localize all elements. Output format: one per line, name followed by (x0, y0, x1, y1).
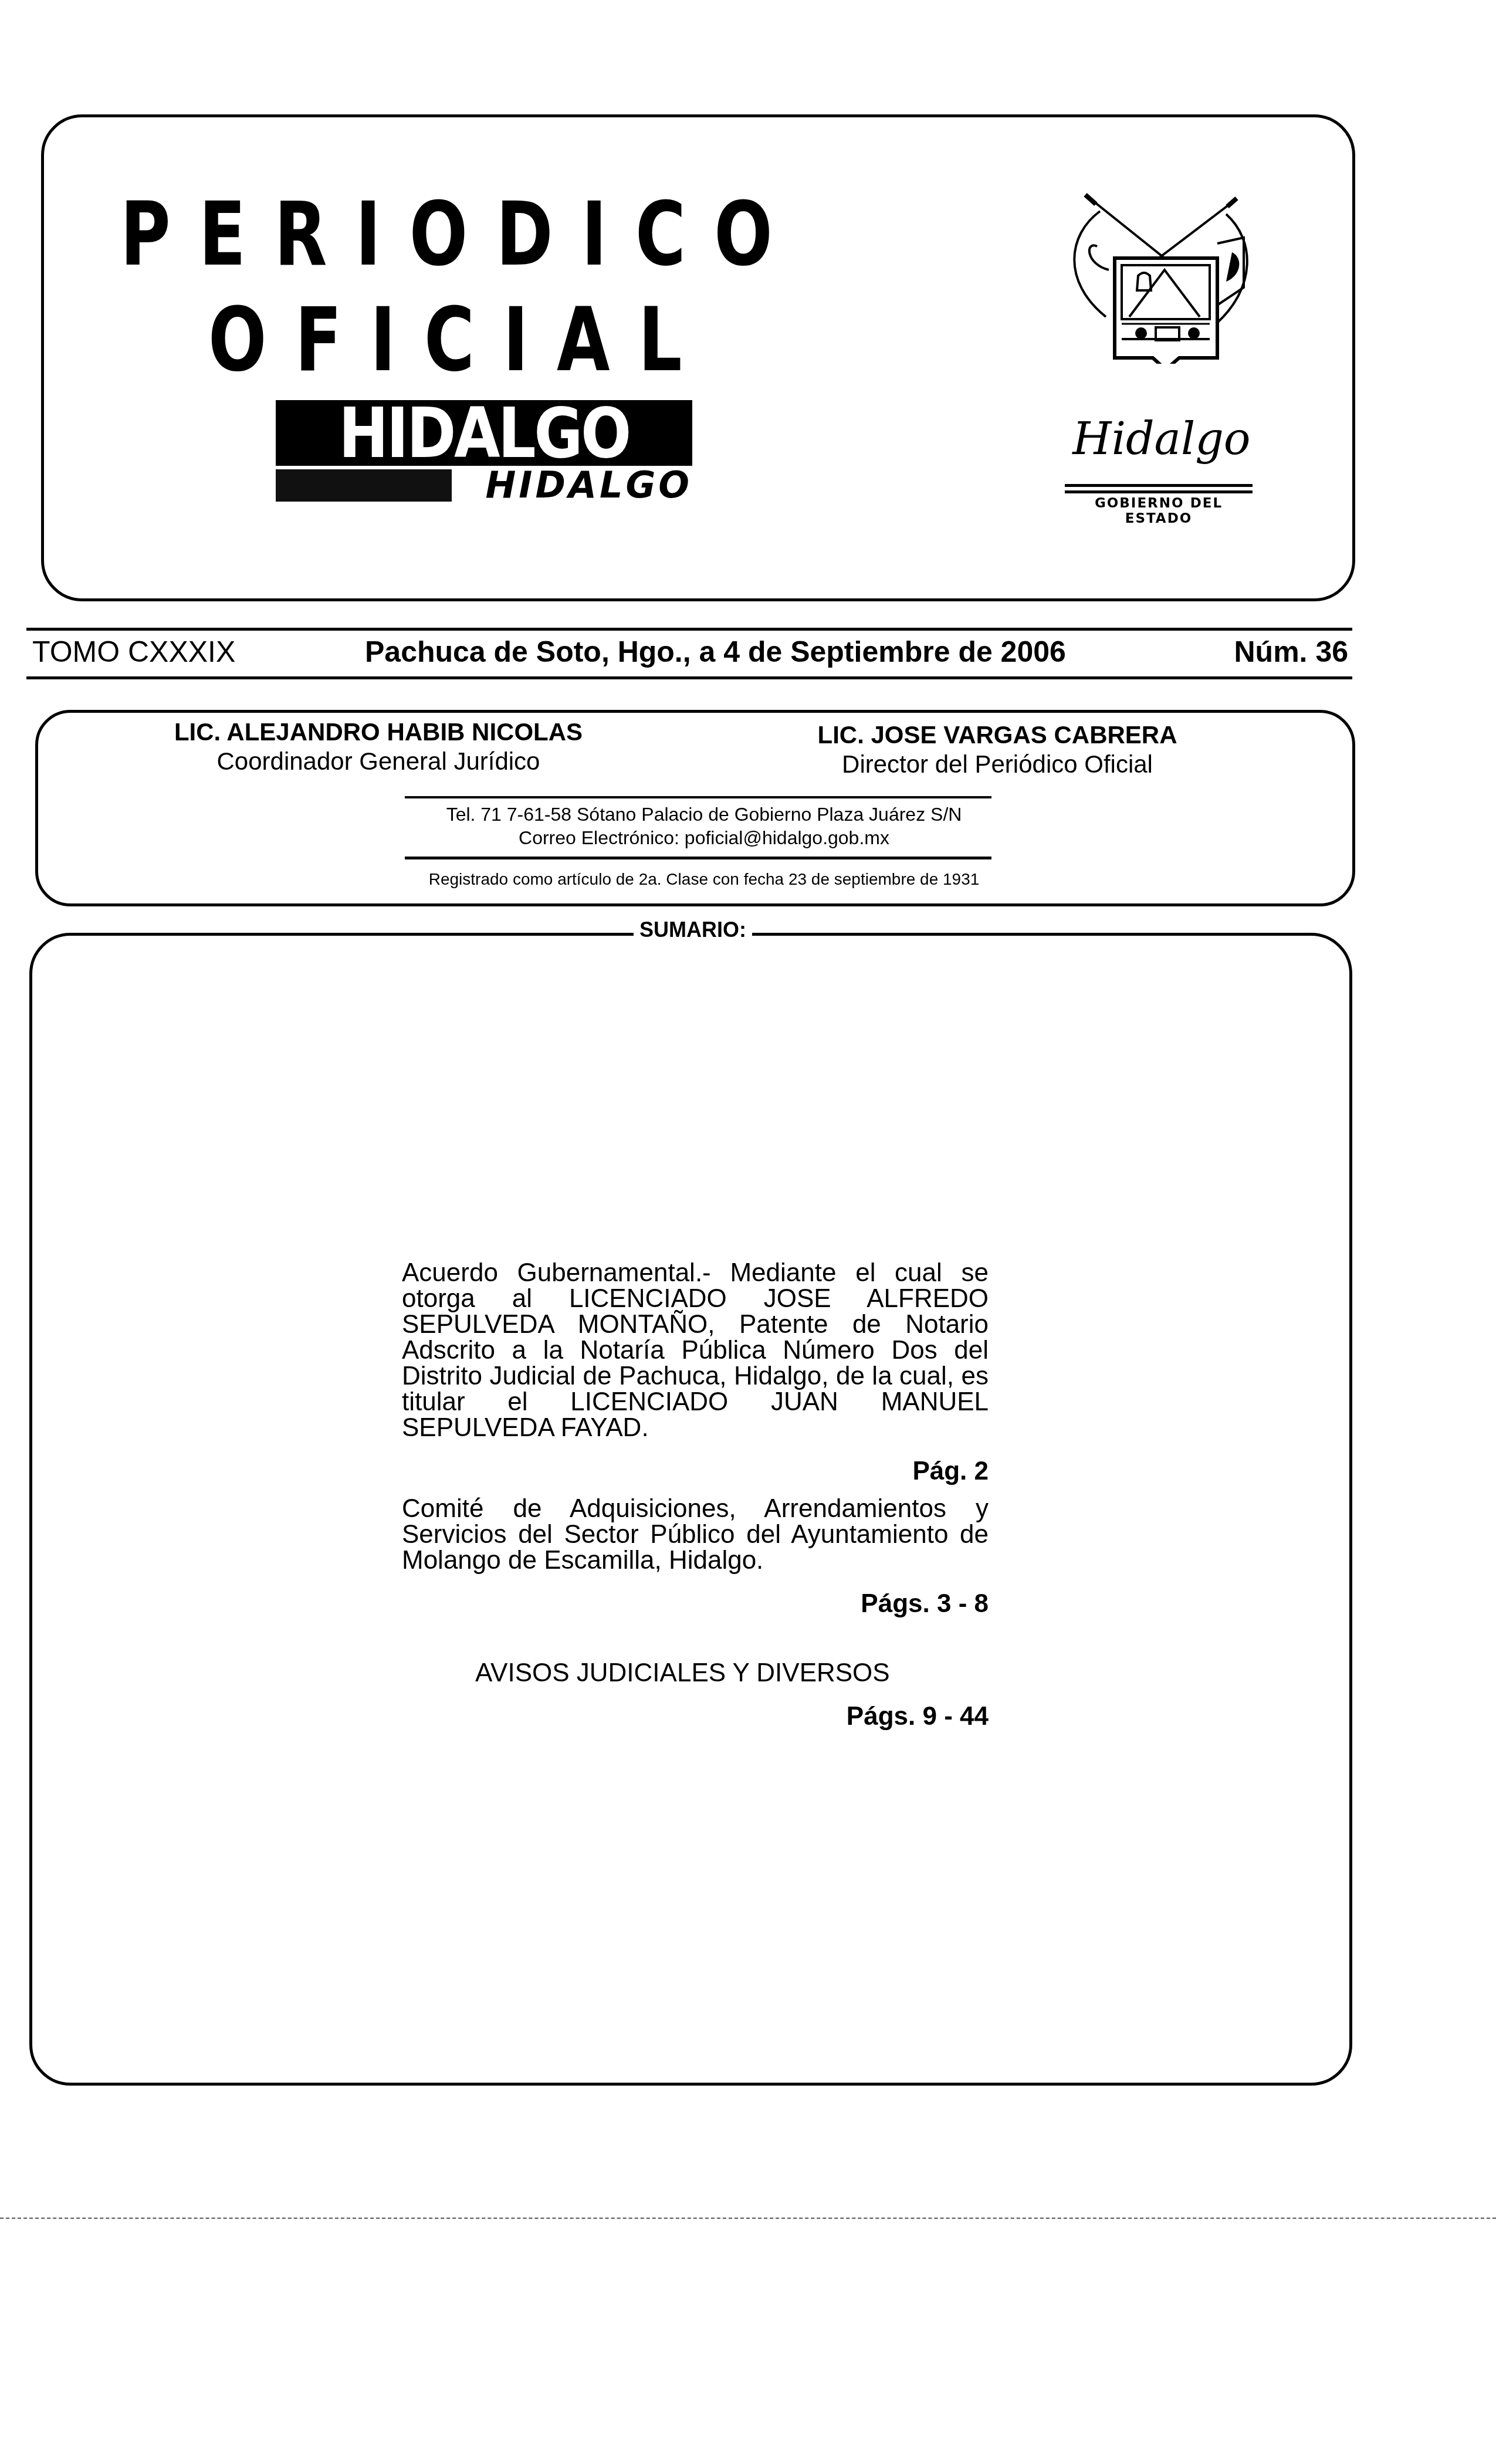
official-name: LIC. JOSE VARGAS CABRERA (786, 720, 1209, 750)
title-line-2: OFICIAL (208, 296, 710, 384)
logo-bar (276, 469, 452, 502)
official-coordinator: LIC. ALEJANDRO HABIB NICOLAS Coordinador… (153, 717, 604, 776)
summary-description: Acuerdo Gubernamental.- Mediante el cual… (402, 1260, 989, 1441)
crest-rules (1065, 484, 1253, 497)
summary-pages: Pág. 2 (402, 1458, 989, 1484)
contact-address: Tel. 71 7-61-58 Sótano Palacio de Gobier… (381, 803, 1027, 826)
crest-script-text: Hidalgo (1062, 417, 1261, 461)
issue-tomo: TOMO CXXXIX (32, 637, 235, 666)
logo-sub-text: HIDALGO (452, 467, 692, 503)
state-coat-of-arms-icon (1050, 188, 1273, 364)
summary-pages: Págs. 3 - 8 (402, 1591, 989, 1617)
summary-section-title: AVISOS JUDICIALES Y DIVERSOS (402, 1660, 989, 1686)
issue-place-date: Pachuca de Soto, Hgo., a 4 de Septiembre… (365, 637, 1066, 666)
registration-note: Registrado como artículo de 2a. Clase co… (381, 869, 1027, 889)
issue-rule-bottom (26, 676, 1352, 679)
logo-main-text: HIDALGO (339, 398, 629, 468)
summary-description: Comité de Adquisiciones, Arrendamientos … (402, 1496, 989, 1573)
summary-item: AVISOS JUDICIALES Y DIVERSOS Págs. 9 - 4… (402, 1660, 989, 1729)
issue-rule-top (26, 628, 1352, 631)
official-name: LIC. ALEJANDRO HABIB NICOLAS (153, 717, 604, 747)
official-director: LIC. JOSE VARGAS CABRERA Director del Pe… (786, 720, 1209, 779)
contact-rule-bottom (405, 857, 991, 859)
title-line-1: PERIODICO (120, 191, 801, 279)
summary-item: Acuerdo Gubernamental.- Mediante el cual… (402, 1260, 989, 1484)
masthead: PERIODICO OFICIAL HIDALGO HIDALGO (41, 114, 1355, 601)
issue-number: Núm. 36 (1234, 637, 1348, 666)
official-role: Coordinador General Jurídico (153, 747, 604, 776)
hidalgo-logo: HIDALGO HIDALGO (276, 400, 692, 506)
contact-email: Correo Electrónico: poficial@hidalgo.gob… (381, 826, 1027, 849)
contact-rule-top (405, 796, 991, 798)
contact-info: Tel. 71 7-61-58 Sótano Palacio de Gobier… (381, 803, 1027, 849)
logo-main-box: HIDALGO (276, 400, 692, 466)
scan-edge-line (0, 2218, 1496, 2219)
crest-label: GOBIERNO DEL ESTADO (1065, 496, 1253, 526)
official-role: Director del Periódico Oficial (786, 750, 1209, 779)
summary-pages: Págs. 9 - 44 (402, 1704, 989, 1729)
summary-item: Comité de Adquisiciones, Arrendamientos … (402, 1496, 989, 1617)
sumario-heading: SUMARIO: (634, 917, 752, 943)
